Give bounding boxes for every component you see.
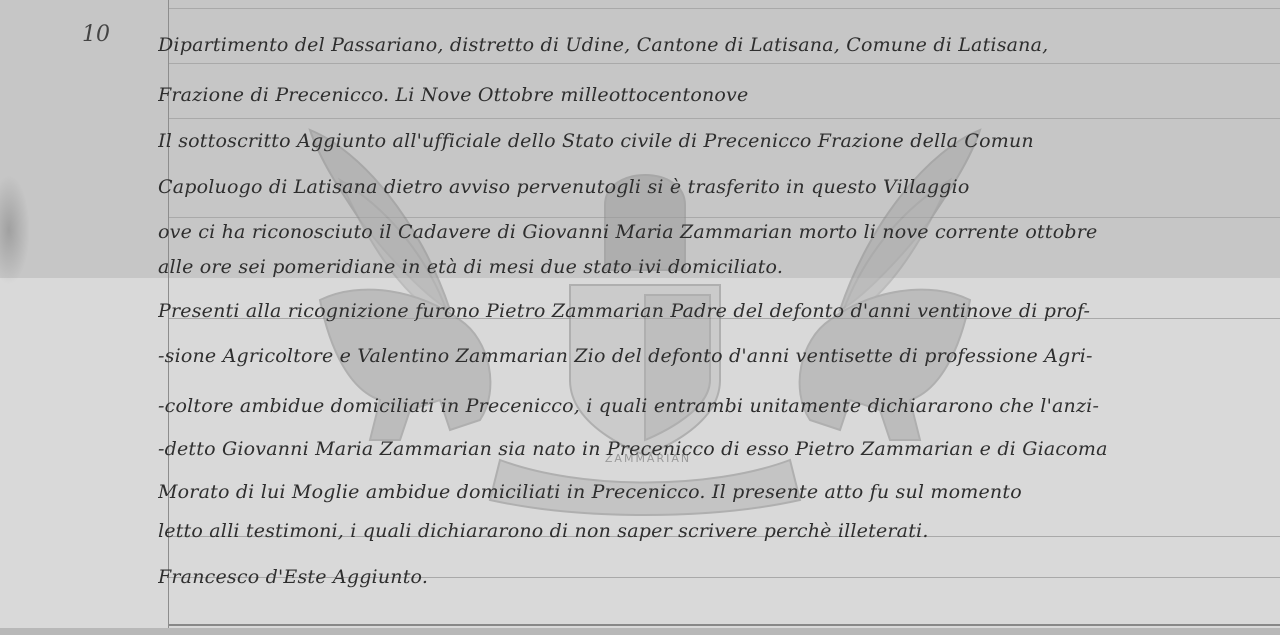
record-line-12: letto alli testimoni, i quali dichiararo… [158,520,1268,542]
ruled-line [168,118,1280,119]
entry-number: 10 [82,22,110,47]
bottom-ruled-line [168,624,1280,626]
record-line-7: Presenti alla ricognizione furono Pietro… [158,300,1268,322]
record-line-3: Il sottoscritto Aggiunto all'ufficiale d… [158,130,1268,152]
ruled-line [168,217,1280,218]
scan-bottom-edge [0,628,1280,635]
record-signature-line: Francesco d'Este Aggiunto. [158,566,1268,588]
record-line-10: -detto Giovanni Maria Zammarian sia nato… [158,438,1268,460]
ruled-line [168,63,1280,64]
record-line-1: Dipartimento del Passariano, distretto d… [158,34,1268,56]
record-line-11: Morato di lui Moglie ambidue domiciliati… [158,481,1268,503]
ruled-line [168,8,1280,9]
record-line-6: alle ore sei pomeridiane in età di mesi … [158,256,1268,278]
page-edge-stain [0,175,30,285]
record-line-4: Capoluogo di Latisana dietro avviso perv… [158,176,1268,198]
record-line-2: Frazione di Precenicco. Li Nove Ottobre … [158,84,1268,106]
document-scan: ZAMMARIAN 10 Dipartimento del Passariano… [0,0,1280,635]
record-line-8: -sione Agricoltore e Valentino Zammarian… [158,345,1268,367]
record-line-5: ove ci ha riconosciuto il Cadavere di Gi… [158,221,1268,243]
record-line-9: -coltore ambidue domiciliati in Precenic… [158,395,1268,417]
